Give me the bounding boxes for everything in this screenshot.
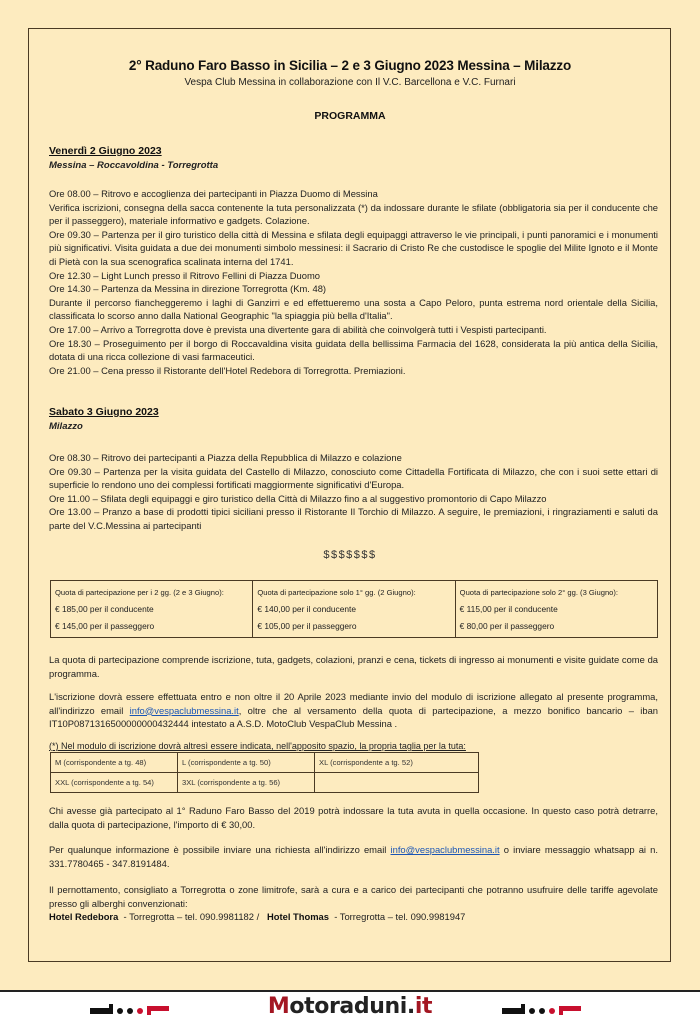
site-footer: Motoraduni.it bbox=[0, 990, 700, 1025]
day1-route: Messina – Roccavoldina - Torregrotta bbox=[49, 160, 218, 171]
size-intro: (*) Nel modulo di iscrizione dovrà altre… bbox=[49, 741, 466, 751]
document-subtitle: Vespa Club Messina in collaborazione con… bbox=[0, 77, 700, 88]
section-heading-programma: PROGRAMMA bbox=[0, 110, 700, 122]
price-driver: € 140,00 per il conducente bbox=[257, 601, 450, 618]
registration-email-link[interactable]: info@vespaclubmessina.it bbox=[130, 705, 239, 716]
size-cell: M (corrispondente a tg. 48) bbox=[51, 753, 178, 773]
price-header: Quota di partecipazione solo 2° gg. (3 G… bbox=[460, 584, 653, 601]
lodging-paragraph: Il pernottamento, consigliato a Torregro… bbox=[49, 883, 658, 924]
hotels-line: Hotel Redebora - Torregrotta – tel. 090.… bbox=[49, 910, 658, 924]
price-table: Quota di partecipazione per i 2 gg. (2 e… bbox=[50, 580, 658, 638]
day1-schedule: Ore 08.00 – Ritrovo e accoglienza dei pa… bbox=[49, 187, 658, 377]
size-cell: XXL (corrispondente a tg. 54) bbox=[51, 773, 178, 793]
schedule-line: Verifica iscrizioni, consegna della sacc… bbox=[49, 201, 658, 228]
size-cell: XL (corrispondente a tg. 52) bbox=[315, 753, 479, 773]
price-cell-2-days: Quota di partecipazione per i 2 gg. (2 e… bbox=[51, 581, 253, 638]
day2-route: Milazzo bbox=[49, 421, 83, 432]
contact-paragraph: Per qualunque informazione è possibile i… bbox=[49, 843, 658, 870]
includes-paragraph: La quota di partecipazione comprende isc… bbox=[49, 653, 658, 680]
table-row: XXL (corrispondente a tg. 54) 3XL (corri… bbox=[51, 773, 479, 793]
document-page: 2° Raduno Faro Basso in Sicilia – 2 e 3 … bbox=[0, 0, 700, 990]
schedule-line: Ore 17.00 – Arrivo a Torregrotta dove è … bbox=[49, 323, 658, 337]
price-header: Quota di partecipazione solo 1° gg. (2 G… bbox=[257, 584, 450, 601]
hotel-thomas: Hotel Thomas bbox=[267, 911, 329, 922]
schedule-line: Ore 21.00 – Cena presso il Ristorante de… bbox=[49, 364, 658, 378]
schedule-line: Ore 08.00 – Ritrovo e accoglienza dei pa… bbox=[49, 187, 658, 201]
schedule-line: Ore 09.30 – Partenza per la visita guida… bbox=[49, 465, 658, 492]
document-title: 2° Raduno Faro Basso in Sicilia – 2 e 3 … bbox=[0, 58, 700, 73]
schedule-line: Ore 08.30 – Ritrovo dei partecipanti a P… bbox=[49, 451, 658, 465]
day2-schedule: Ore 08.30 – Ritrovo dei partecipanti a P… bbox=[49, 451, 658, 533]
motoraduni-brand-link[interactable]: Motoraduni.it bbox=[0, 994, 700, 1019]
price-passenger: € 145,00 per il passeggero bbox=[55, 618, 248, 635]
schedule-line: Ore 09.30 – Partenza per il giro turisti… bbox=[49, 228, 658, 269]
table-row: Quota di partecipazione per i 2 gg. (2 e… bbox=[51, 581, 658, 638]
price-header: Quota di partecipazione per i 2 gg. (2 e… bbox=[55, 584, 248, 601]
schedule-line: Ore 18.30 – Proseguimento per il borgo d… bbox=[49, 337, 658, 364]
registration-paragraph: L'iscrizione dovrà essere effettuata ent… bbox=[49, 690, 658, 731]
size-cell bbox=[315, 773, 479, 793]
separator: $$$$$$$ bbox=[0, 549, 700, 561]
price-cell-day-1: Quota di partecipazione solo 1° gg. (2 G… bbox=[253, 581, 455, 638]
schedule-line: Durante il percorso fiancheggeremo i lag… bbox=[49, 296, 658, 323]
day2-title: Sabato 3 Giugno 2023 bbox=[49, 406, 159, 418]
day1-title: Venerdì 2 Giugno 2023 bbox=[49, 145, 162, 157]
motoraduni-logo-mark-icon bbox=[502, 1004, 582, 1016]
schedule-line: Ore 14.30 – Partenza da Messina in direz… bbox=[49, 282, 658, 296]
table-row: M (corrispondente a tg. 48) L (corrispon… bbox=[51, 753, 479, 773]
contact-email-link[interactable]: info@vespaclubmessina.it bbox=[391, 844, 500, 855]
price-driver: € 185,00 per il conducente bbox=[55, 601, 248, 618]
previous-participants-paragraph: Chi avesse già partecipato al 1° Raduno … bbox=[49, 804, 658, 831]
schedule-line: Ore 11.00 – Sfilata degli equipaggi e gi… bbox=[49, 492, 658, 506]
size-cell: L (corrispondente a tg. 50) bbox=[178, 753, 315, 773]
price-driver: € 115,00 per il conducente bbox=[460, 601, 653, 618]
price-cell-day-2: Quota di partecipazione solo 2° gg. (3 G… bbox=[455, 581, 657, 638]
price-passenger: € 105,00 per il passeggero bbox=[257, 618, 450, 635]
hotel-redebora: Hotel Redebora bbox=[49, 911, 118, 922]
price-passenger: € 80,00 per il passeggero bbox=[460, 618, 653, 635]
schedule-line: Ore 12.30 – Light Lunch presso il Ritrov… bbox=[49, 269, 658, 283]
size-cell: 3XL (corrispondente a tg. 56) bbox=[178, 773, 315, 793]
schedule-line: Ore 13.00 – Pranzo a base di prodotti ti… bbox=[49, 505, 658, 532]
size-table: M (corrispondente a tg. 48) L (corrispon… bbox=[50, 752, 479, 793]
